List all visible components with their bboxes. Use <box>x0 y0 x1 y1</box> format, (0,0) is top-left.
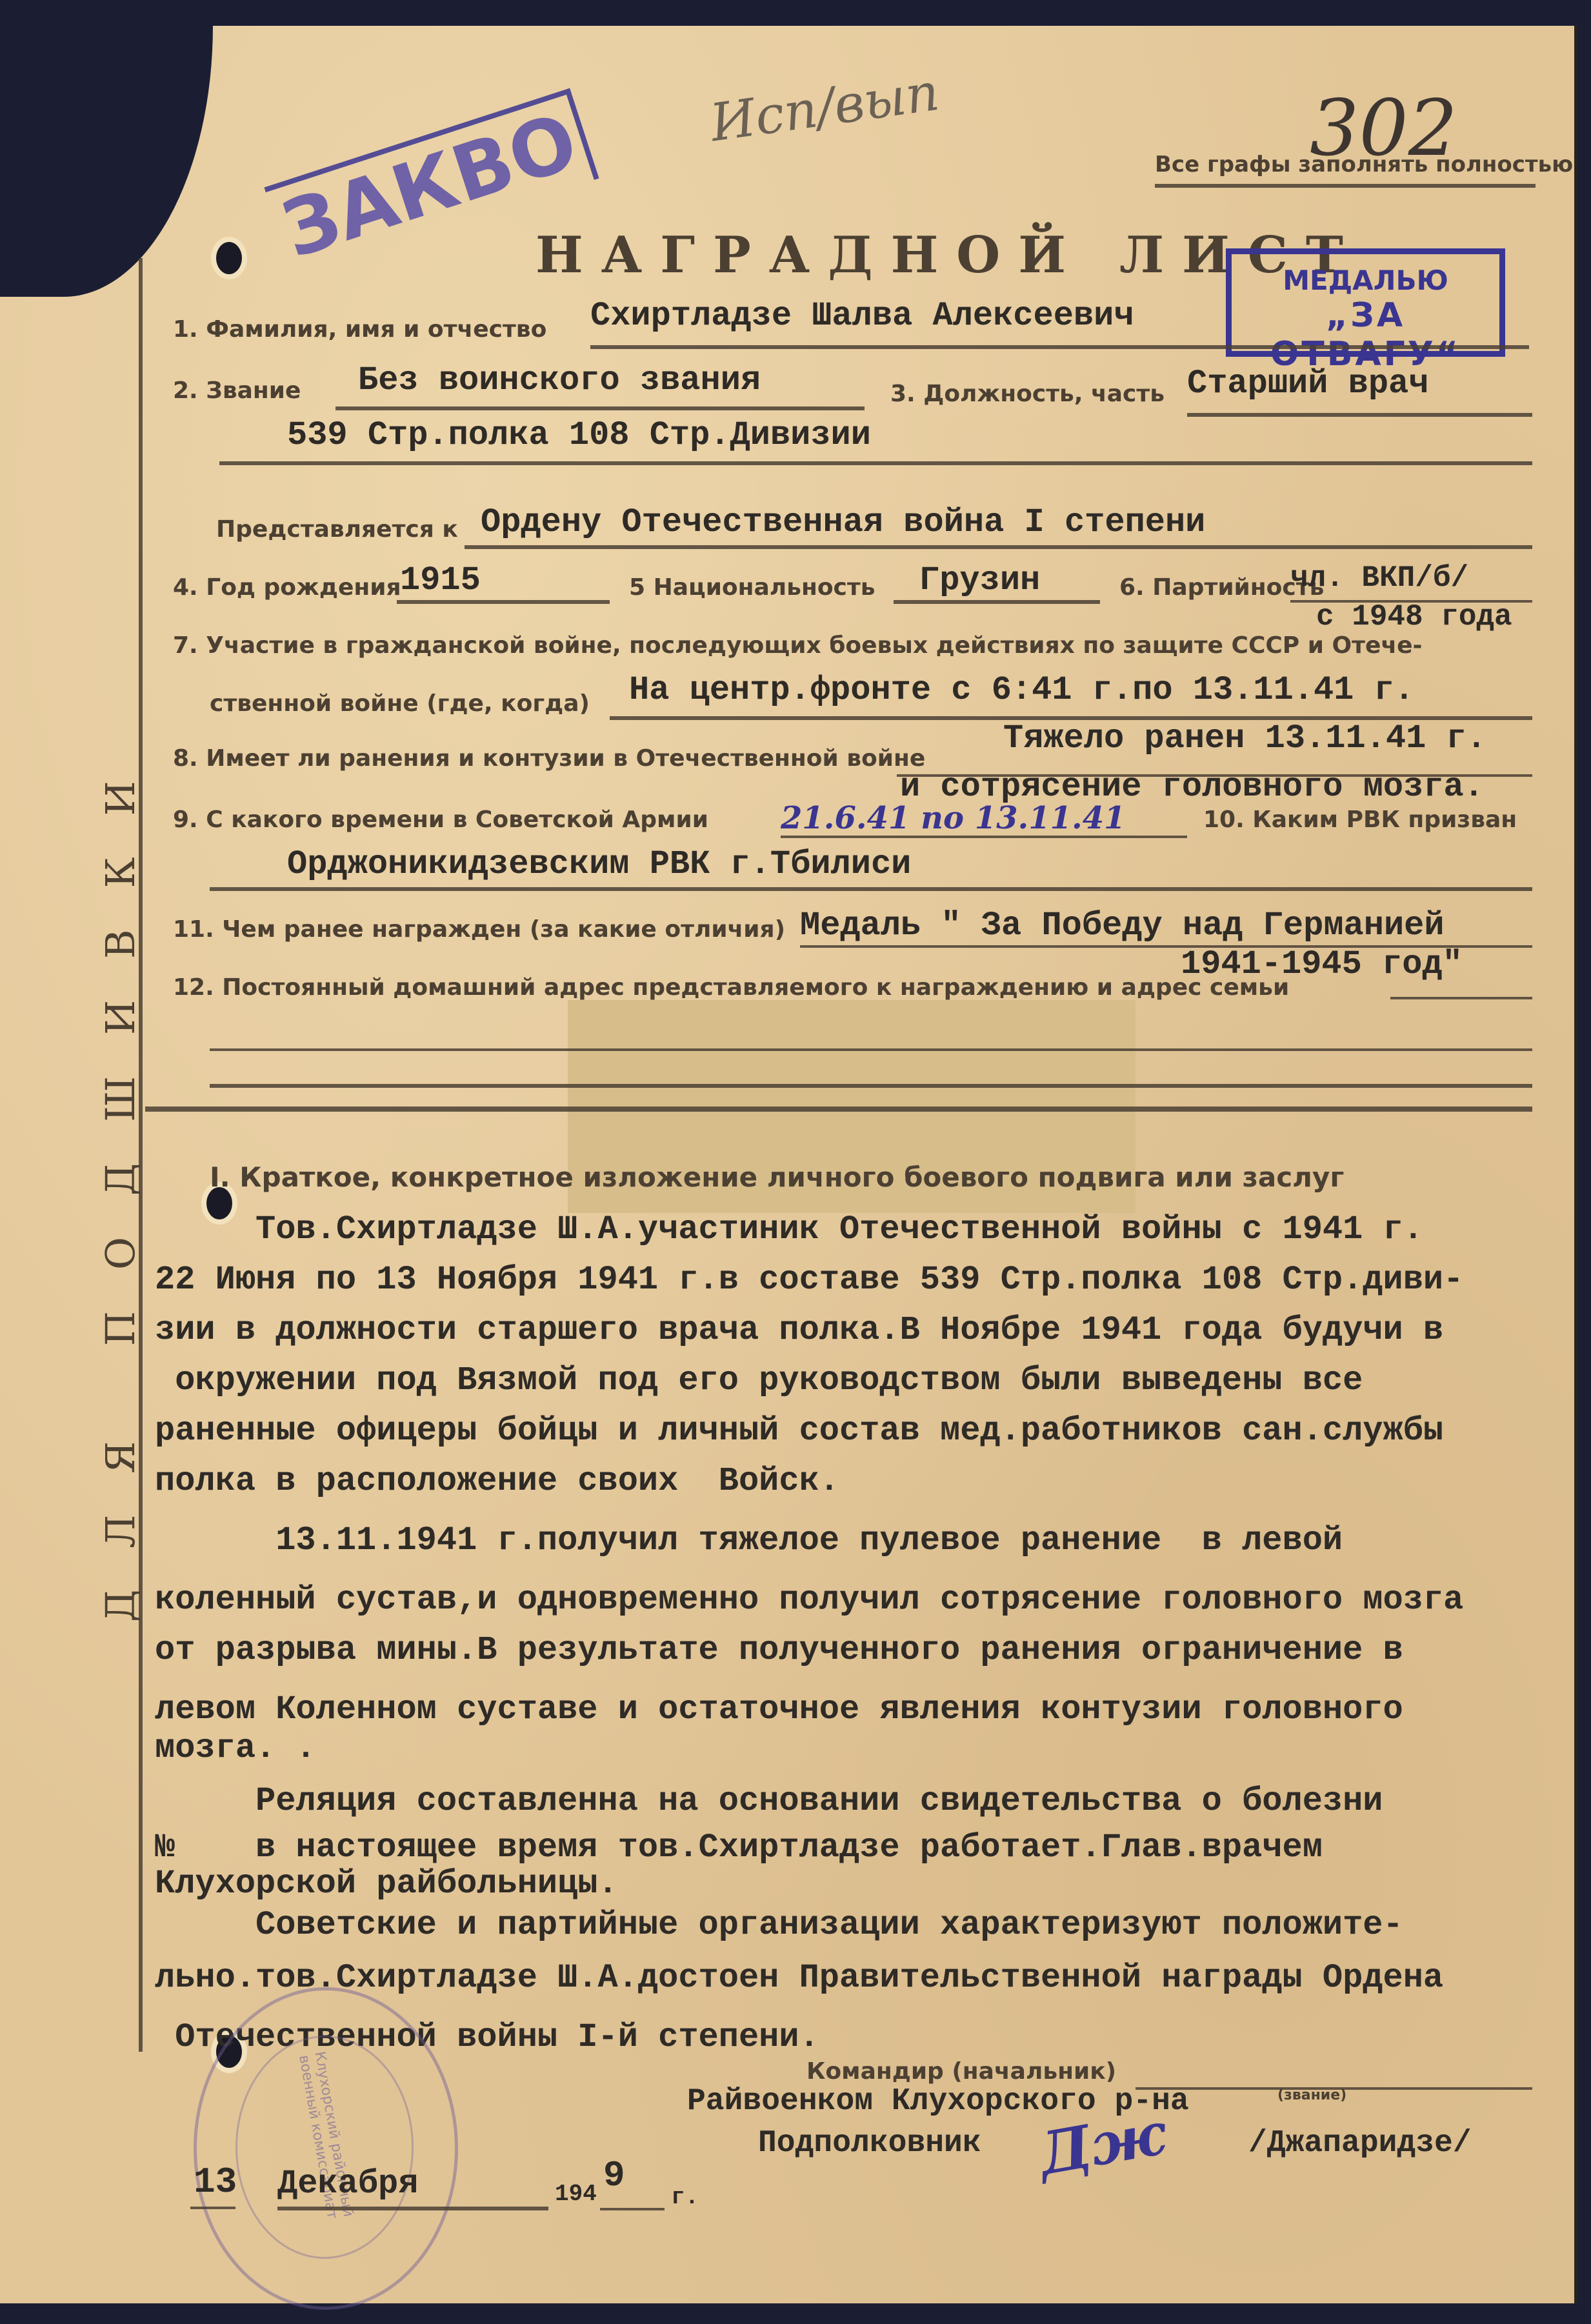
field-11-value-line1: Медаль " За Победу над Германией <box>800 907 1445 945</box>
date-year-suffix: 9 <box>603 2155 625 2196</box>
presented-underline <box>465 545 1532 549</box>
field-9-label: 9. С какого времени в Советской Армии <box>173 806 708 833</box>
field-12-label: 12. Постоянный домашний адрес представля… <box>173 974 1289 1001</box>
field-7-value: На центр.фронте с 6:41 г.по 13.11.41 г. <box>629 671 1414 709</box>
medal-stamp: МЕДАЛЬЮ „ЗА ОТВАГУ“ <box>1226 248 1505 357</box>
date-month-underline <box>277 2207 548 2210</box>
field-5-underline <box>894 600 1100 604</box>
field-12-underline-2 <box>210 1048 1532 1051</box>
field-2-underline <box>335 406 865 410</box>
body-line: левом Коленном суставе и остаточное явле… <box>155 1693 1463 1727</box>
date-year-prefix: 194 <box>555 2181 597 2207</box>
field-5-label: 5 Национальность <box>629 574 876 601</box>
body-line: от разрыва мины.В результате полученного… <box>155 1634 1463 1667</box>
date-day: 13 <box>194 2161 237 2203</box>
body-line: Реляция составленна на основании свидете… <box>155 1785 1463 1818</box>
signer-name: /Джапаридзе/ <box>1248 2126 1472 2161</box>
presented-value: Ордену Отечественная война I степени <box>481 503 1205 541</box>
field-1-value: Схиртладзе Шалва Алексеевич <box>590 297 1134 335</box>
round-seal: Клухорский районный военный комиссариат <box>194 1987 458 2310</box>
instruction-text: Все графы заполнять полностью <box>1155 152 1573 177</box>
presented-label: Представляется к <box>216 516 458 543</box>
field-7-label-line2: ственной войне (где, когда) <box>210 690 590 717</box>
field-2-value: Без воинского звания <box>358 361 761 399</box>
field-5-value: Грузин <box>919 561 1040 599</box>
field-9-underline <box>781 836 1187 838</box>
medal-stamp-line1: МЕДАЛЬЮ <box>1232 265 1499 296</box>
field-2-label: 2. Звание <box>173 377 301 404</box>
field-6-value-line2: с 1948 года <box>1316 600 1512 634</box>
date-day-underline <box>190 2207 235 2209</box>
body-line: Клухорской райбольницы. <box>155 1867 1463 1901</box>
body-line: раненные офицеры бойцы и личный состав м… <box>155 1414 1463 1448</box>
handwritten-note-top: Исп/вып <box>706 62 943 154</box>
field-3-underline <box>1187 413 1532 417</box>
commander-label: Командир (начальник) <box>806 2058 1116 2085</box>
body-line: Тов.Схиртладзе Ш.А.участиник Отечественн… <box>155 1213 1463 1247</box>
field-12-underline-1 <box>1390 997 1532 999</box>
field-1-underline <box>590 345 1529 349</box>
instruction-underline <box>1155 184 1536 188</box>
field-3-value: Старший врач <box>1187 365 1428 403</box>
rank-label: (звание) <box>1277 2087 1346 2103</box>
body-line: 13.11.1941 г.получил тяжелое пулевое ран… <box>155 1524 1463 1558</box>
medal-stamp-line2: „ЗА ОТВАГУ“ <box>1232 296 1499 374</box>
body-line: 22 Июня по 13 Ноября 1941 г.в составе 53… <box>155 1263 1463 1297</box>
date-suffix: г. <box>671 2184 699 2210</box>
field-8-value-line1: Тяжело ранен 13.11.41 г. <box>1003 719 1486 757</box>
field-3-value-line2: 539 Стр.полка 108 Стр.Дивизии <box>287 416 871 454</box>
field-3-label: 3. Должность, часть <box>890 381 1165 407</box>
field-10-label: 10. Каким РВК призван <box>1203 806 1517 833</box>
body-line: мозга. . <box>155 1732 1463 1765</box>
field-8-label: 8. Имеет ли ранения и контузии в Отечест… <box>173 745 925 772</box>
section-1-heading: I. Краткое, конкретное изложение личного… <box>210 1161 1344 1193</box>
body-line: зии в должности старшего врача полка.В Н… <box>155 1314 1463 1347</box>
separator-line-1 <box>210 1084 1532 1088</box>
torn-corner <box>0 26 213 297</box>
field-6-value: чл. ВКП/б/ <box>1290 561 1468 595</box>
field-10-value: Орджоникидзевским РВК г.Тбилиси <box>287 845 911 883</box>
field-4-value: 1915 <box>400 561 481 599</box>
punch-hole-top <box>216 242 242 274</box>
signature-line2: Подполковник <box>758 2126 981 2161</box>
award-sheet-page: ДЛЯ ПОДШИВКИ Исп/вып ЗАКВО 302 Все графы… <box>0 26 1577 2303</box>
body-line: № в настоящее время тов.Схиртладзе работ… <box>155 1831 1463 1865</box>
field-4-underline <box>397 600 610 604</box>
date-year-underline <box>600 2208 665 2210</box>
body-line: окружении под Вязмой под его руководство… <box>155 1364 1463 1397</box>
body-line: Советские и партийные организации характ… <box>155 1908 1463 1942</box>
section-1-body: Тов.Схиртладзе Ш.А.участиник Отечественн… <box>155 1213 1463 2054</box>
field-10-underline <box>210 887 1532 891</box>
field-1-label: 1. Фамилия, имя и отчество <box>173 316 546 343</box>
field-11-label: 11. Чем ранее награжден (за какие отличи… <box>173 916 785 943</box>
binding-margin-label: ДЛЯ ПОДШИВКИ <box>97 632 148 1729</box>
separator-line-2 <box>145 1107 1532 1112</box>
field-4-label: 4. Год рождения <box>173 574 401 601</box>
body-line: коленный сустав,и одновременно получил с… <box>155 1583 1463 1617</box>
field-9-value: 21.6.41 по 13.11.41 <box>781 800 1126 836</box>
date-month: Декабря <box>277 2165 418 2203</box>
body-line: полка в расположение своих Войск. <box>155 1465 1463 1498</box>
field-7-label-line1: 7. Участие в гражданской войне, последую… <box>173 632 1422 659</box>
field-3-underline-2 <box>219 461 1532 465</box>
